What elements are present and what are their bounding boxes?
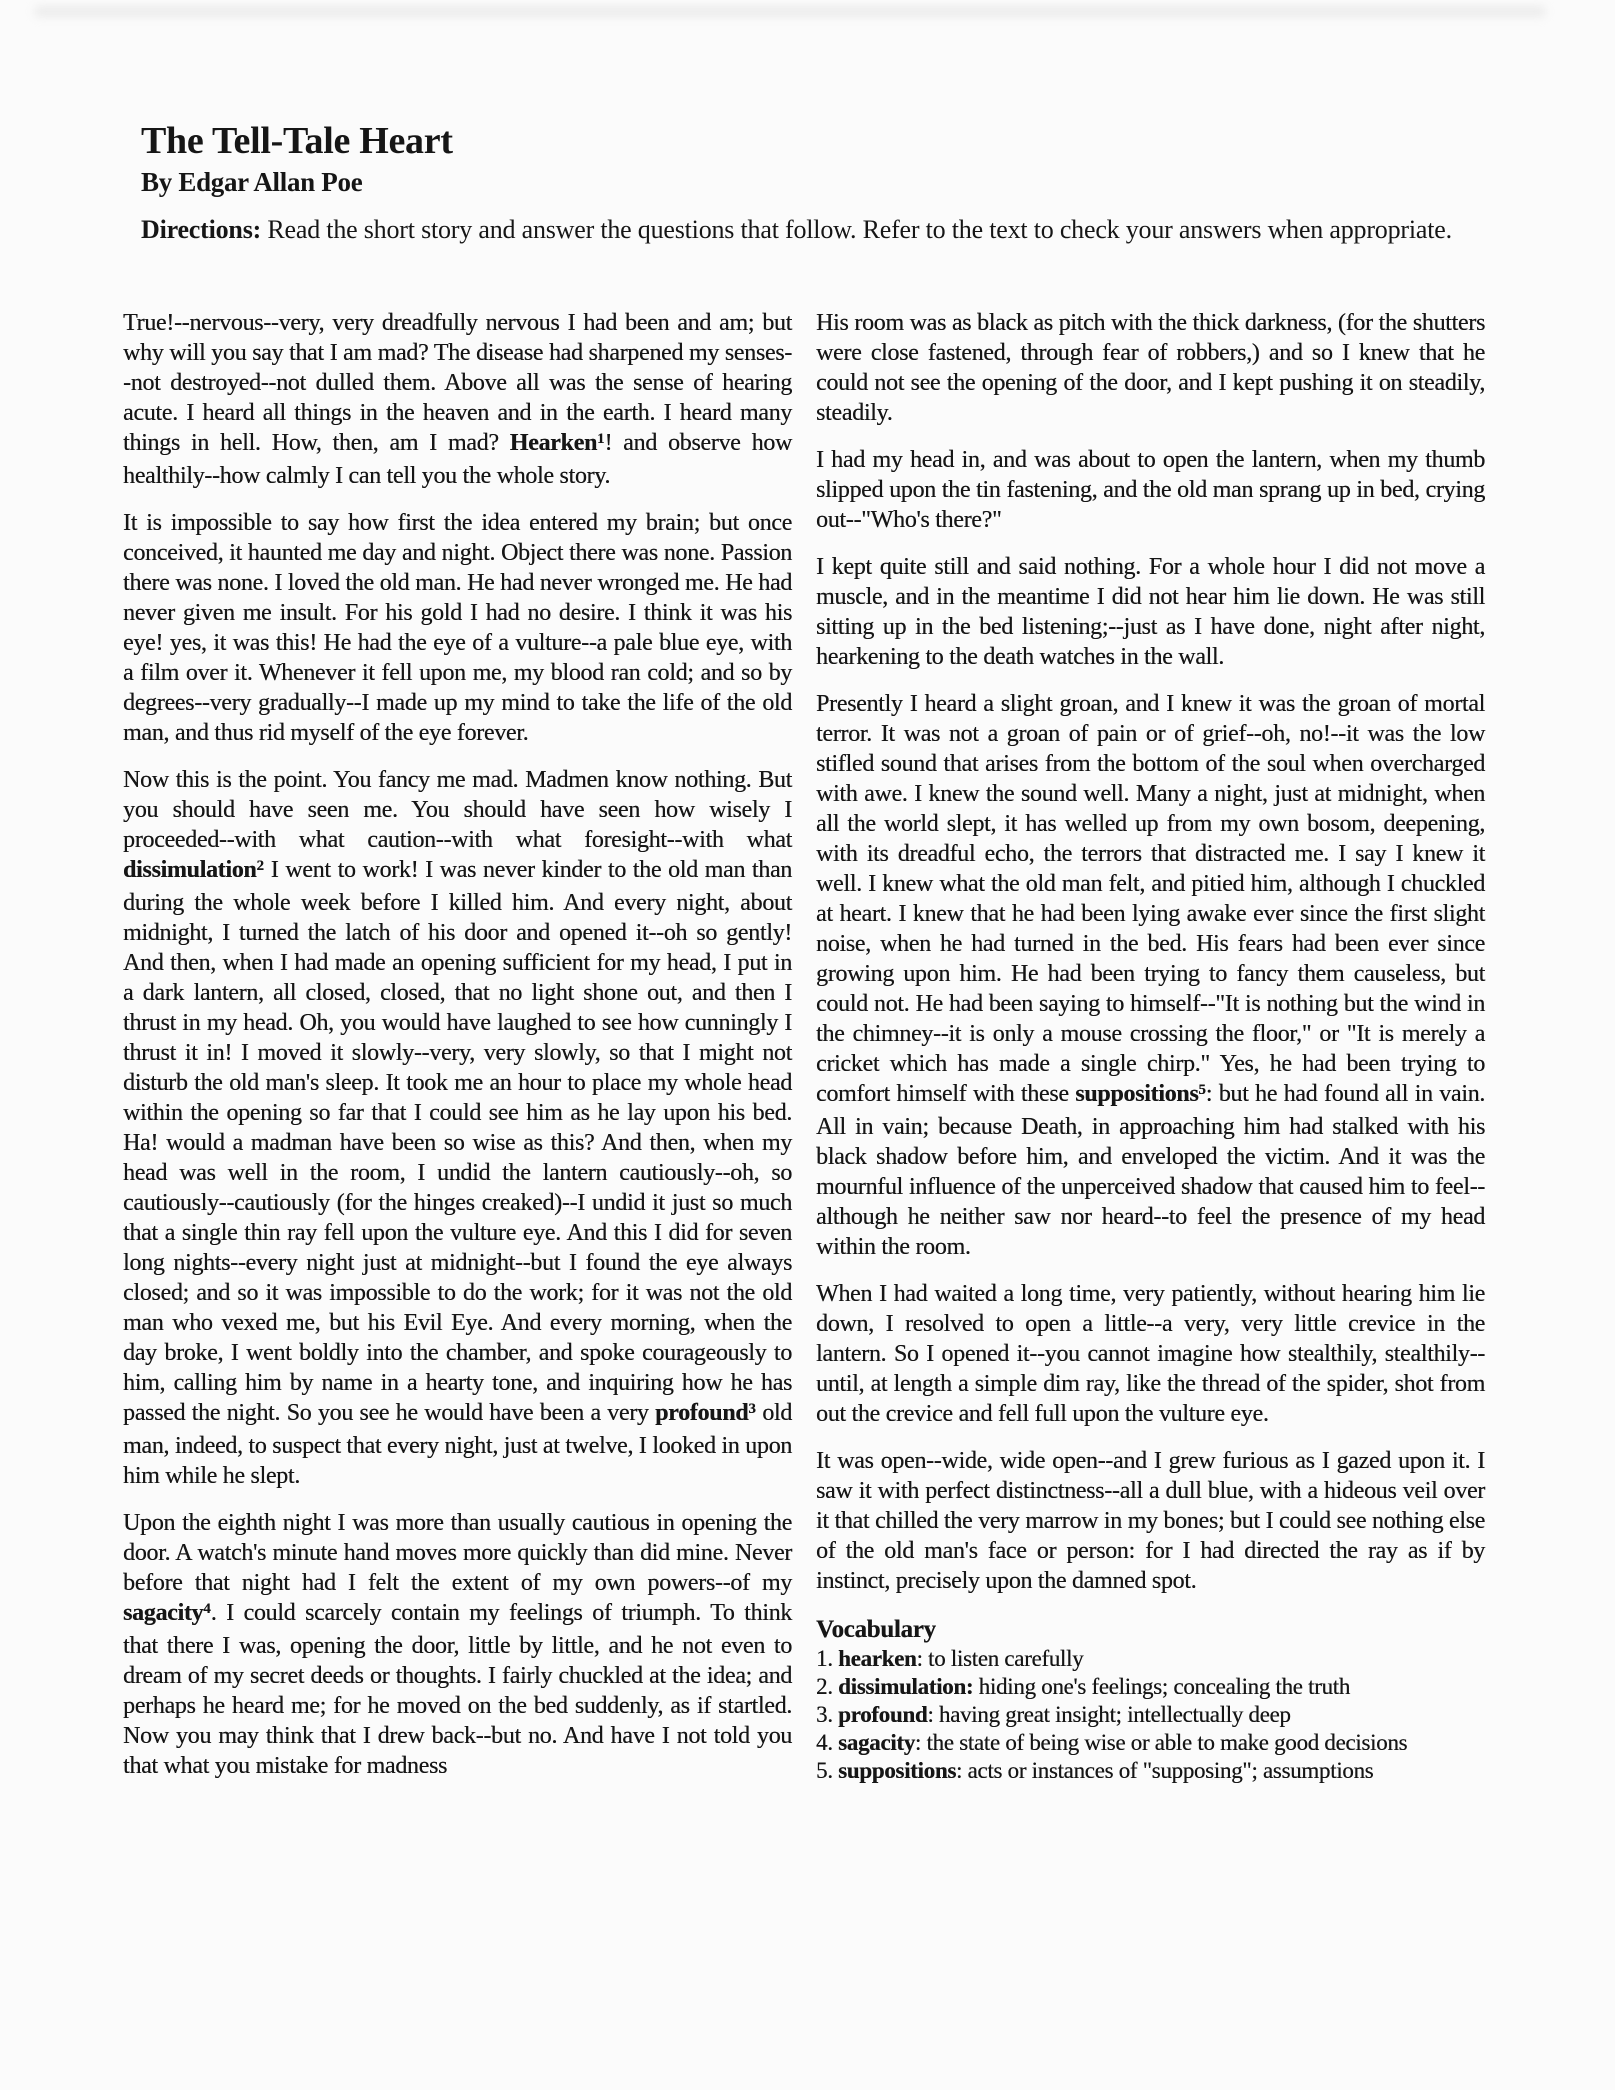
vocabulary-item-4: 4. sagacity: the state of being wise or … — [816, 1729, 1485, 1757]
page-title: The Tell-Tale Heart — [141, 120, 1501, 162]
vocabulary-heading: Vocabulary — [816, 1615, 1485, 1645]
story-paragraph-right-6: It was open--wide, wide open--and I grew… — [816, 1446, 1485, 1596]
vocabulary-item-3: 3. profound: having great insight; intel… — [816, 1701, 1485, 1729]
scan-artifact — [35, 7, 1545, 16]
vocabulary-list: 1. hearken: to listen carefully 2. dissi… — [816, 1645, 1485, 1785]
story-paragraph-left-3: Now this is the point. You fancy me mad.… — [123, 765, 792, 1491]
vocabulary-item-1: 1. hearken: to listen carefully — [816, 1645, 1485, 1673]
right-column: His room was as black as pitch with the … — [816, 308, 1485, 1785]
story-paragraph-right-3: I kept quite still and said nothing. For… — [816, 552, 1485, 672]
byline: By Edgar Allan Poe — [141, 166, 1501, 198]
story-paragraph-right-4: Presently I heard a slight groan, and I … — [816, 689, 1485, 1262]
story-paragraph-right-5: When I had waited a long time, very pati… — [816, 1279, 1485, 1429]
document-header: The Tell-Tale Heart By Edgar Allan Poe D… — [141, 120, 1501, 248]
vocabulary-item-2: 2. dissimulation: hiding one's feelings;… — [816, 1673, 1485, 1701]
left-column: True!--nervous--very, very dreadfully ne… — [123, 308, 792, 1798]
directions: Directions: Read the short story and ans… — [141, 212, 1471, 248]
story-paragraph-left-4: Upon the eighth night I was more than us… — [123, 1508, 792, 1781]
vocabulary-item-5: 5. suppositions: acts or instances of "s… — [816, 1757, 1485, 1785]
story-paragraph-right-2: I had my head in, and was about to open … — [816, 445, 1485, 535]
story-paragraph-left-1: True!--nervous--very, very dreadfully ne… — [123, 308, 792, 491]
story-paragraph-right-1: His room was as black as pitch with the … — [816, 308, 1485, 428]
story-paragraph-left-2: It is impossible to say how first the id… — [123, 508, 792, 748]
document-page: The Tell-Tale Heart By Edgar Allan Poe D… — [0, 0, 1615, 2090]
